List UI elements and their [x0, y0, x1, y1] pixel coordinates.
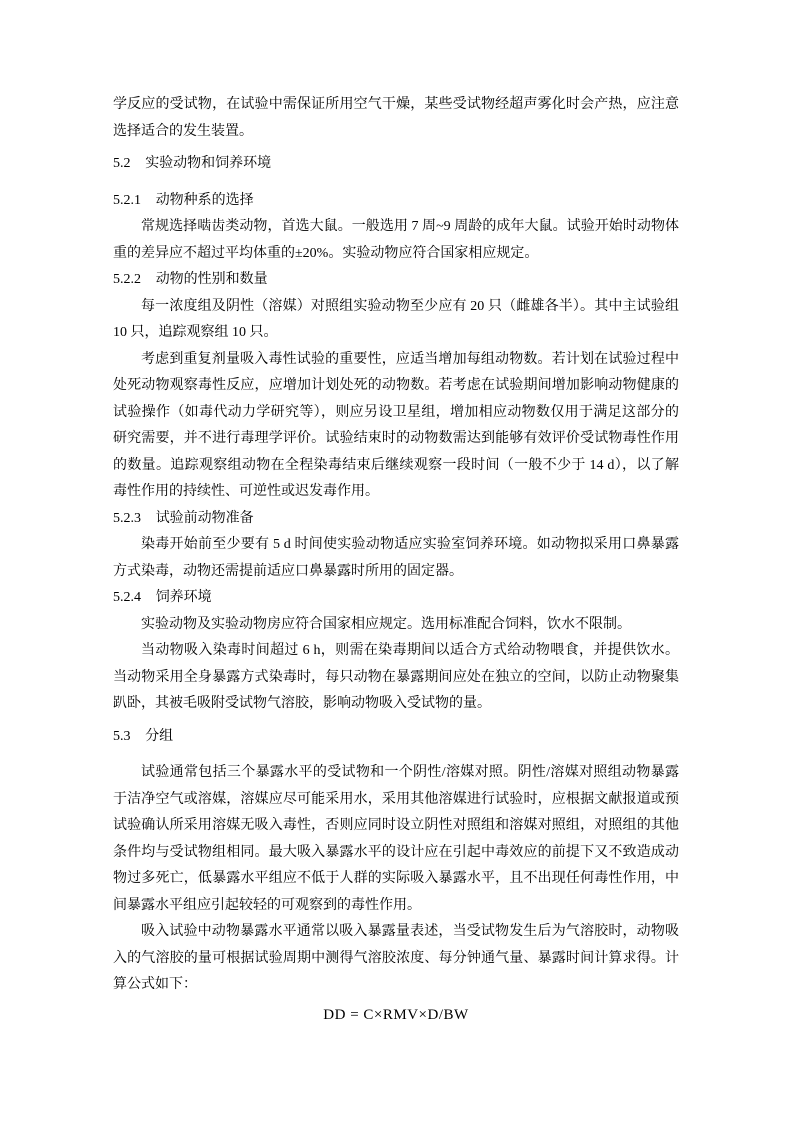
paragraph-intro-continuation: 学反应的受试物，在试验中需保证所用空气干燥，某些受试物经超声雾化时会产热，应注意…: [113, 92, 679, 145]
heading-5-3-number: 5.3: [113, 729, 131, 744]
heading-5-3-title: 分组: [145, 729, 173, 744]
heading-5-2-2-number: 5.2.2: [113, 272, 141, 287]
paragraph-species-selection: 常规选择啮齿类动物，首选大鼠。一般选用 7 周~9 周龄的成年大鼠。试验开始时动…: [113, 214, 679, 267]
heading-5-3: 5.3分组: [113, 724, 679, 751]
paragraph-housing-standards: 实验动物及实验动物房应符合国家相应规定。选用标准配合饲料，饮水不限制。: [113, 612, 679, 639]
heading-5-2-2: 5.2.2动物的性别和数量: [113, 267, 679, 294]
heading-5-2-3-number: 5.2.3: [113, 511, 141, 526]
heading-5-2-1: 5.2.1动物种系的选择: [113, 188, 679, 215]
paragraph-repeated-dose-considerations: 考虑到重复剂量吸入毒性试验的重要性，应适当增加每组动物数。若计划在试验过程中处死…: [113, 347, 679, 506]
paragraph-grouping-design: 试验通常包括三个暴露水平的受试物和一个阴性/溶媒对照。阴性/溶媒对照组动物暴露于…: [113, 760, 679, 919]
heading-5-2-4: 5.2.4饲养环境: [113, 585, 679, 612]
document-page: 学反应的受试物，在试验中需保证所用空气干燥，某些受试物经超声雾化时会产热，应注意…: [0, 0, 793, 1122]
heading-5-2-3: 5.2.3试验前动物准备: [113, 506, 679, 533]
dose-formula: DD = C×RMV×D/BW: [113, 1002, 679, 1029]
heading-5-2-1-title: 动物种系的选择: [156, 193, 254, 208]
heading-5-2-2-title: 动物的性别和数量: [156, 272, 268, 287]
heading-5-2-4-number: 5.2.4: [113, 590, 141, 605]
heading-5-2-4-title: 饲养环境: [156, 590, 212, 605]
heading-5-2-3-title: 试验前动物准备: [156, 511, 254, 526]
heading-5-2-title: 实验动物和饲养环境: [145, 156, 271, 171]
heading-5-2-1-number: 5.2.1: [113, 193, 141, 208]
paragraph-exposure-dose-description: 吸入试验中动物暴露水平通常以吸入暴露量表述，当受试物发生后为气溶胶时，动物吸入的…: [113, 919, 679, 999]
paragraph-animal-count: 每一浓度组及阴性（溶媒）对照组实验动物至少应有 20 只（雌雄各半）。其中主试验…: [113, 294, 679, 347]
paragraph-feeding-during-exposure: 当动物吸入染毒时间超过 6 h，则需在染毒期间以适合方式给动物喂食，并提供饮水。…: [113, 638, 679, 718]
heading-5-2: 5.2实验动物和饲养环境: [113, 151, 679, 178]
document-content: 学反应的受试物，在试验中需保证所用空气干燥，某些受试物经超声雾化时会产热，应注意…: [113, 92, 679, 1028]
paragraph-pretest-preparation: 染毒开始前至少要有 5 d 时间使实验动物适应实验室饲养环境。如动物拟采用口鼻暴…: [113, 532, 679, 585]
heading-5-2-number: 5.2: [113, 156, 131, 171]
